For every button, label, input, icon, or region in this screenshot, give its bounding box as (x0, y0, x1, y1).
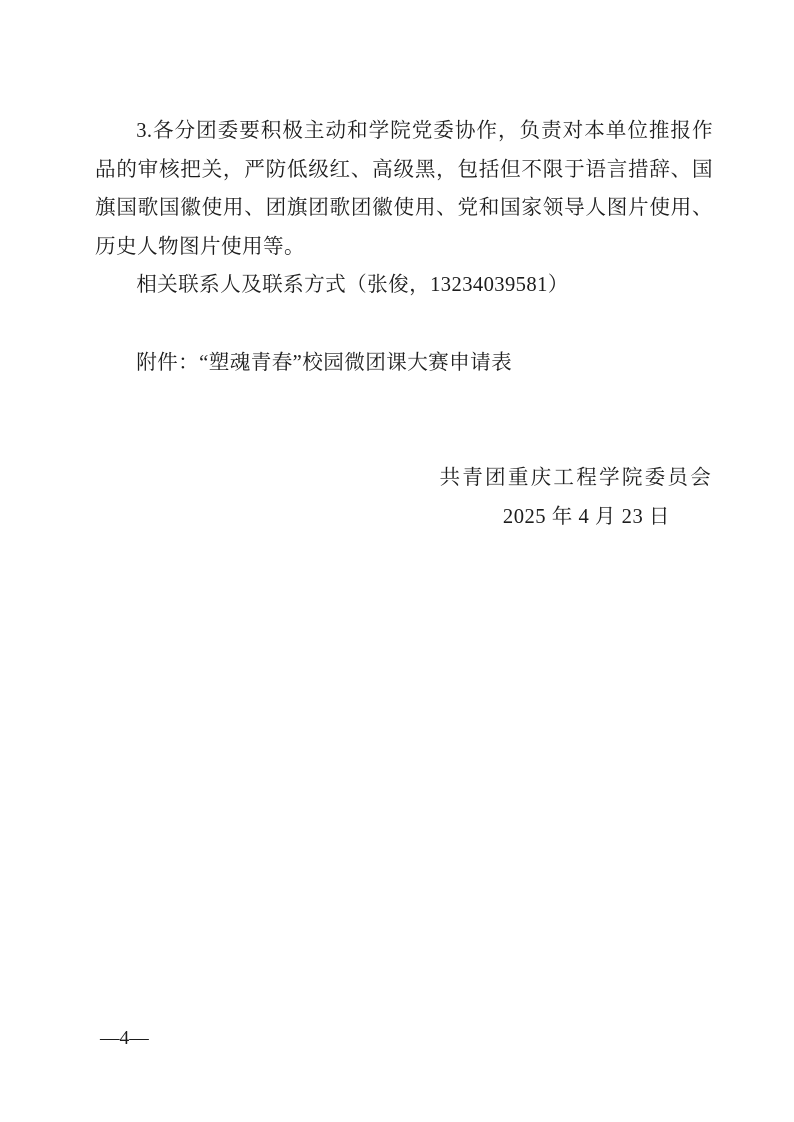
contact-line: 相关联系人及联系方式（张俊，13234039581） (95, 266, 713, 305)
document-page: 3.各分团委要积极主动和学院党委协作，负责对本单位推报作品的审核把关，严防低级红… (0, 0, 794, 1122)
signature-block: 共青团重庆工程学院委员会 2025 年 4 月 23 日 (95, 459, 713, 536)
document-body: 3.各分团委要积极主动和学院党委协作，负责对本单位推报作品的审核把关，严防低级红… (95, 112, 713, 536)
page-number: —4— (100, 1027, 149, 1051)
paragraph-item-3: 3.各分团委要积极主动和学院党委协作，负责对本单位推报作品的审核把关，严防低级红… (95, 112, 713, 266)
issuer-name: 共青团重庆工程学院委员会 (95, 459, 713, 498)
issue-date: 2025 年 4 月 23 日 (95, 498, 713, 537)
attachment-line: 附件：“塑魂青春”校园微团课大赛申请表 (95, 344, 713, 383)
